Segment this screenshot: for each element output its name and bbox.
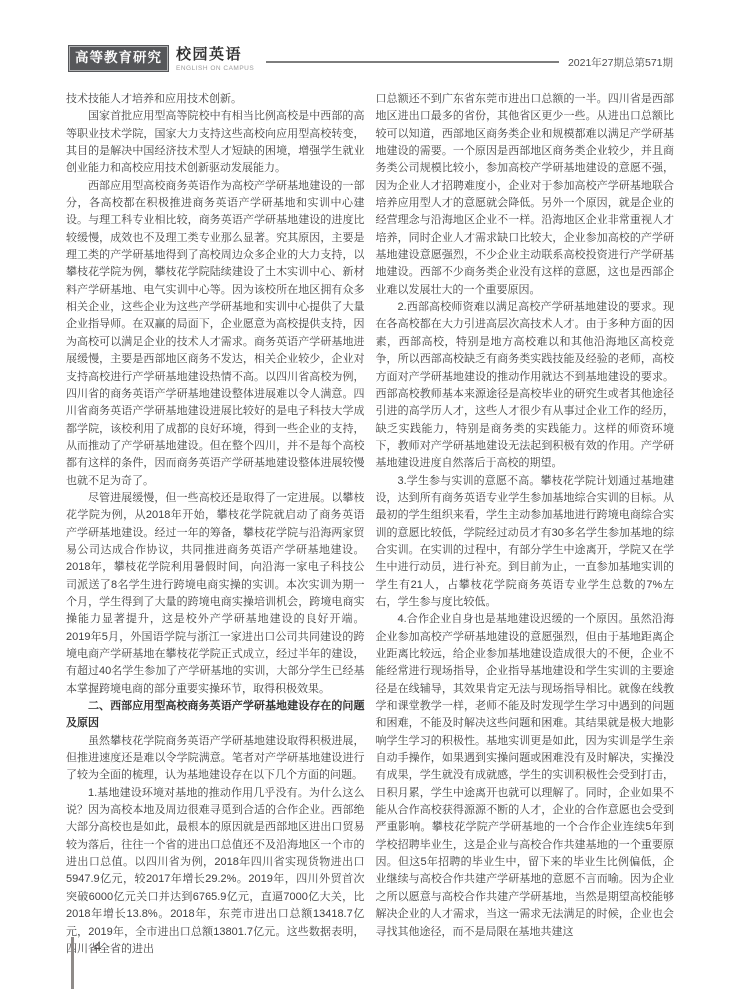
paragraph: 西部应用型高校商务英语作为高校产学研基地建设的一部分，各高校都在积极推进商务英语… [66, 178, 365, 490]
page-header: 高等教育研究 校园英语 ENGLISH ON CAMPUS 2021年27期总第… [68, 45, 673, 72]
issue-info: 2021年27期总第571期 [568, 55, 673, 70]
section-badge: 高等教育研究 [68, 45, 169, 72]
right-column: 口总额还不到广东省东莞市进出口总额的一半。四川省是西部地区进出口最多的省份，其他… [376, 91, 675, 958]
section-heading: 二、西部应用型高校商务英语产学研基地建设存在的问题及原因 [66, 698, 365, 733]
footer-bar [71, 937, 74, 989]
journal-page: 高等教育研究 校园英语 ENGLISH ON CAMPUS 2021年27期总第… [0, 0, 740, 998]
paragraph: 2.西部高校师资难以满足高校产学研基地建设的要求。现在各高校都在大力引进高层次高… [376, 299, 675, 472]
paragraph: 国家首批应用型高等院校中有相当比例高校是中西部的高等职业技术学院，国家大力支持这… [66, 108, 365, 177]
paragraph: 1.基地建设环境对基地的推动作用几乎没有。为什么这么说？因为高校本地及周边很难寻… [66, 785, 365, 958]
header-rule [266, 61, 559, 63]
paragraph: 尽管进展缓慢，但一些高校还是取得了一定进展。以攀枝花学院为例，从2018年开始，… [66, 490, 365, 698]
paragraph: 3.学生参与实训的意愿不高。攀枝花学院计划通过基地建设，达到所有商务英语专业学生… [376, 473, 675, 612]
paragraph: 技术技能人才培养和应用技术创新。 [66, 91, 365, 108]
paragraph: 4.合作企业自身也是基地建设迟缓的一个原因。虽然沿海企业参加高校产学研基地建设的… [376, 611, 675, 941]
page-footer: 4 [71, 937, 101, 989]
journal-logo: 校园英语 ENGLISH ON CAMPUS [176, 45, 254, 72]
journal-logo-title: 校园英语 [176, 47, 254, 64]
page-number: 4 [94, 939, 101, 956]
paragraph: 虽然攀枝花学院商务英语产学研基地建设取得积极进展，但推进速度还是难以令学院满意。… [66, 733, 365, 785]
left-column: 技术技能人才培养和应用技术创新。国家首批应用型高等院校中有相当比例高校是中西部的… [66, 91, 365, 958]
paragraph: 口总额还不到广东省东莞市进出口总额的一半。四川省是西部地区进出口最多的省份，其他… [376, 91, 675, 299]
journal-logo-subtitle: ENGLISH ON CAMPUS [176, 65, 254, 72]
article-body: 技术技能人才培养和应用技术创新。国家首批应用型高等院校中有相当比例高校是中西部的… [66, 91, 674, 958]
